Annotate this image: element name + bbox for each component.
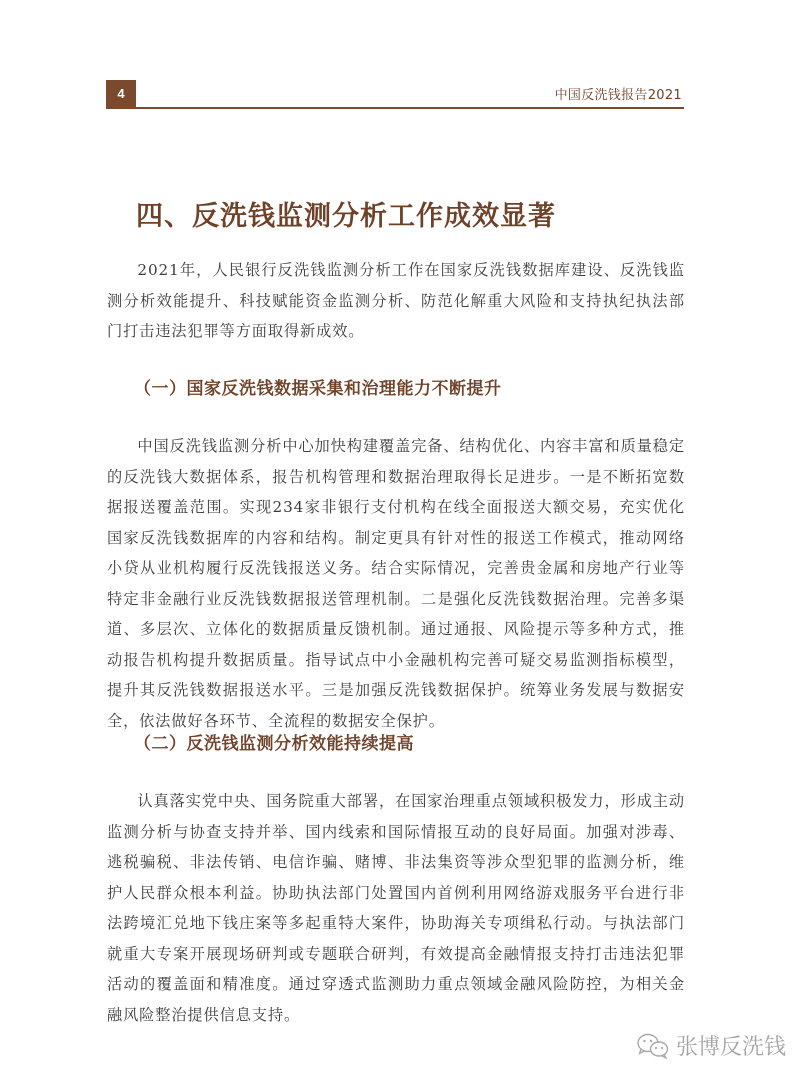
watermark: 张博反洗钱 [636, 1030, 786, 1061]
section-title-1: （一）国家反洗钱数据采集和治理能力不断提升 [134, 374, 502, 399]
section-title-2: （二）反洗钱监测分析效能持续提高 [134, 729, 414, 754]
chapter-intro-paragraph: 2021年，人民银行反洗钱监测分析工作在国家反洗钱数据库建设、反洗钱监测分析效能… [107, 255, 685, 347]
section-2-body: 认真落实党中央、国务院重大部署，在国家治理重点领域积极发力，形成主动监测分析与协… [107, 786, 685, 1030]
page-number: 4 [106, 80, 136, 107]
wechat-icon [636, 1032, 670, 1060]
section-1-body: 中国反洗钱监测分析中心加快构建覆盖完备、结构优化、内容丰富和质量稳定的反洗钱大数… [107, 431, 685, 736]
watermark-text: 张博反洗钱 [676, 1030, 786, 1061]
chapter-title: 四、反洗钱监测分析工作成效显著 [136, 194, 556, 233]
running-title: 中国反洗钱报告2021 [555, 84, 682, 103]
page-header: 4 中国反洗钱报告2021 [106, 80, 684, 109]
